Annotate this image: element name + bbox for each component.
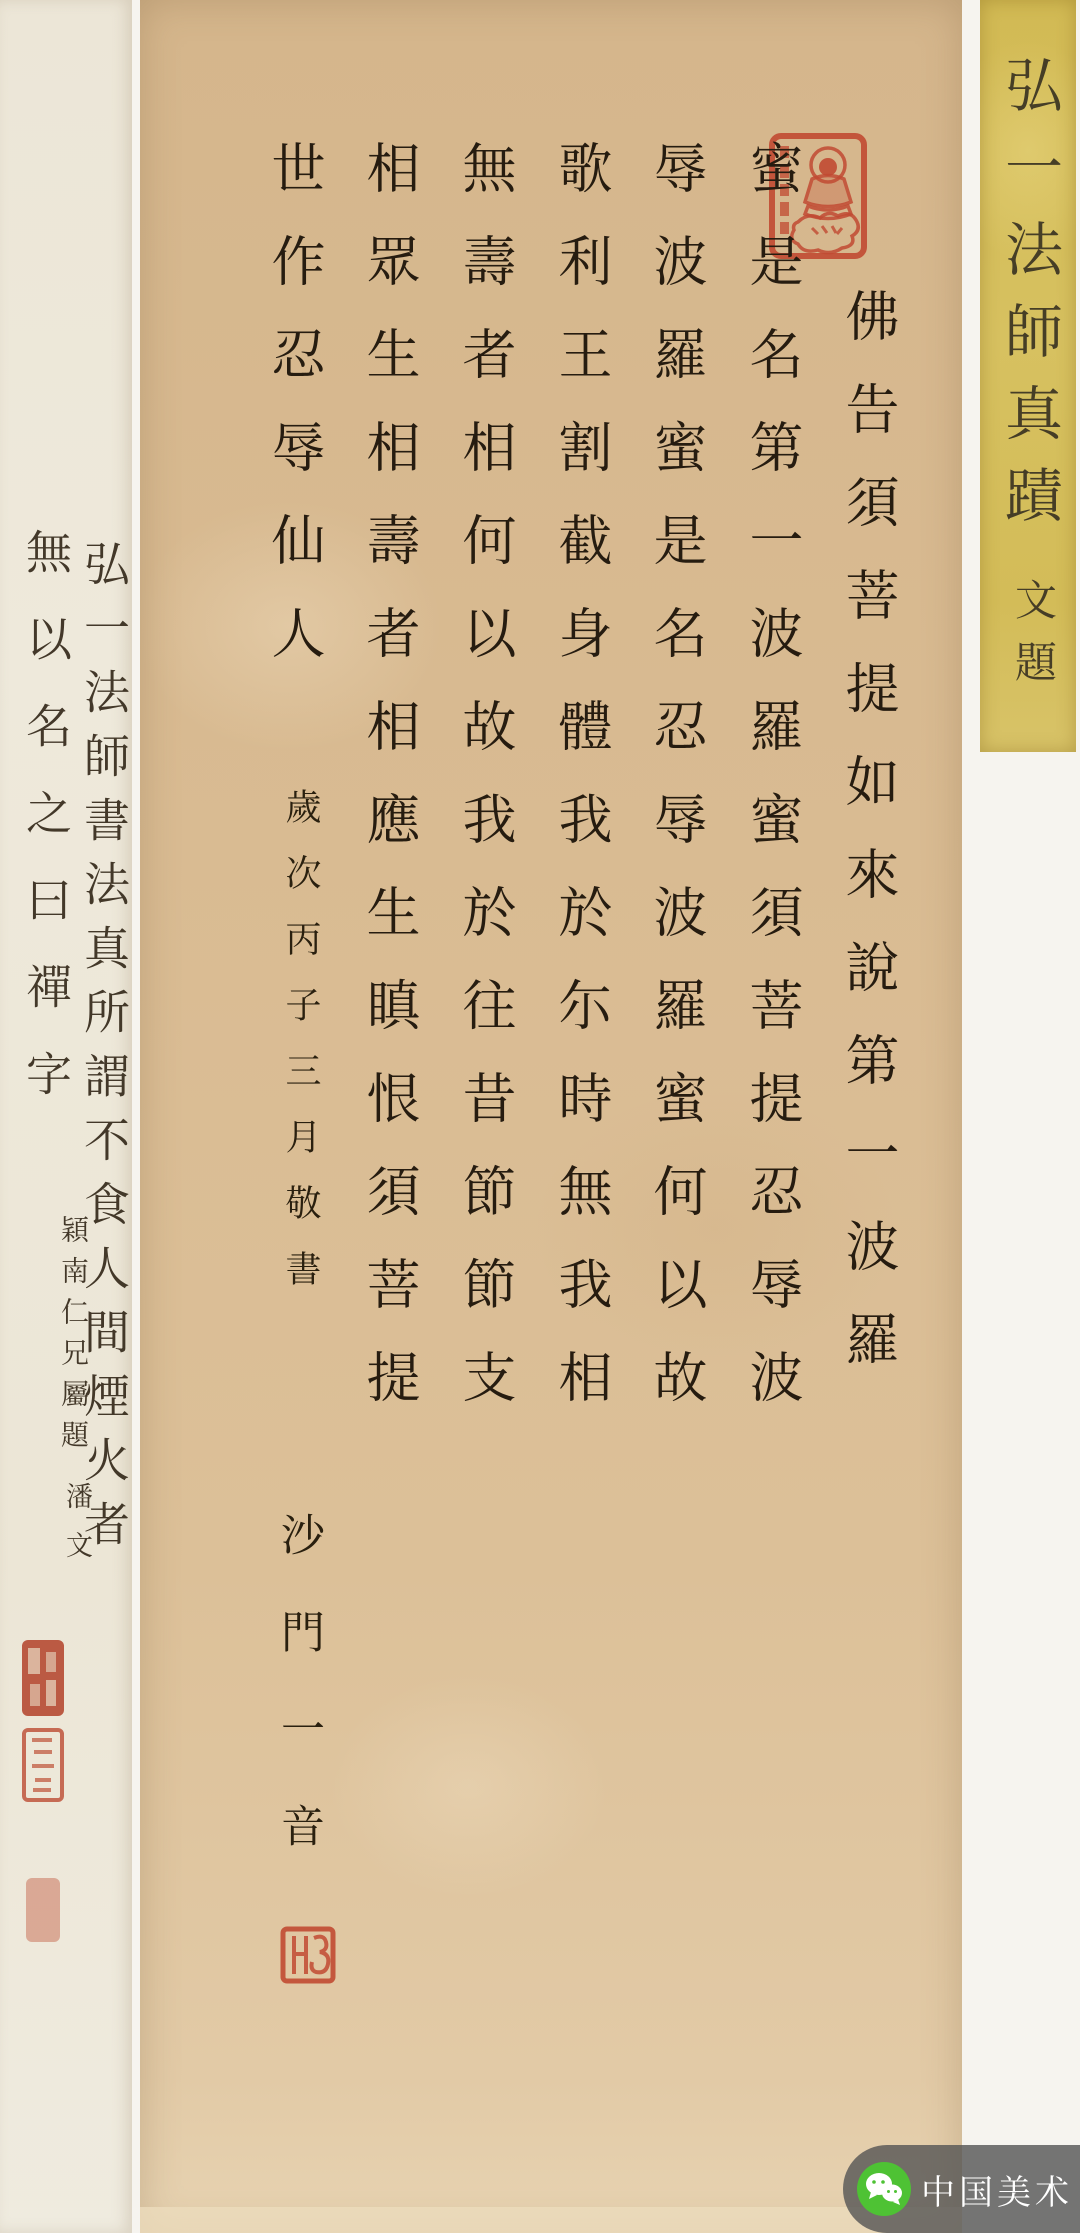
colophon-text-left: 無以名之曰禪字 [18,528,74,1137]
colophon-signer: 潘文 [60,1482,93,1580]
watermark-badge: 中国美术 [843,2145,1080,2233]
sutra-column: 歌利王割截身體我於尓時無我相 [549,140,613,1442]
colophon-seal-icon [26,1878,60,1942]
colophon-dedication: 穎南仁兄屬題 [56,1215,90,1461]
watermark-text: 中国美术 [921,2165,1073,2214]
sutra-column: 世作忍辱仙人 [262,140,326,698]
scroll-mount-edge [140,2207,962,2233]
artist-seal-icon [280,1926,336,1984]
sutra-column: 無壽者相何以故我於往昔節節支 [453,140,517,1442]
wechat-icon [857,2162,911,2216]
sutra-column: 辱波羅蜜是名忍辱波羅蜜何以故 [644,140,708,1442]
sutra-column: 相眾生相壽者相應生瞋恨須菩提 [357,140,421,1442]
artist-signature: 沙門一音 [272,1512,324,1900]
date-inscription: 歲次丙子三月敬書 [278,788,322,1316]
title-slip: 弘一法師真蹟 文題 [980,0,1076,752]
colophon-seal-icon [22,1728,64,1802]
sutra-column: 蜜是名第一波羅蜜須菩提忍辱波 [740,140,804,1442]
title-slip-text: 弘一法師真蹟 [998,55,1060,547]
colophon-strip: 弘一法師書法真所謂不食人間煙火者 無以名之曰禪字 穎南仁兄屬題 潘文 [0,0,132,2233]
main-calligraphy-panel: 佛告須菩提如來說第一波羅 蜜是名第一波羅蜜須菩提忍辱波 辱波羅蜜是名忍辱波羅蜜何… [140,0,962,2233]
title-slip-subscript: 文題 [1010,578,1056,702]
sutra-column: 佛告須菩提如來說第一波羅 [836,288,900,1404]
colophon-seal-icon [22,1640,64,1716]
